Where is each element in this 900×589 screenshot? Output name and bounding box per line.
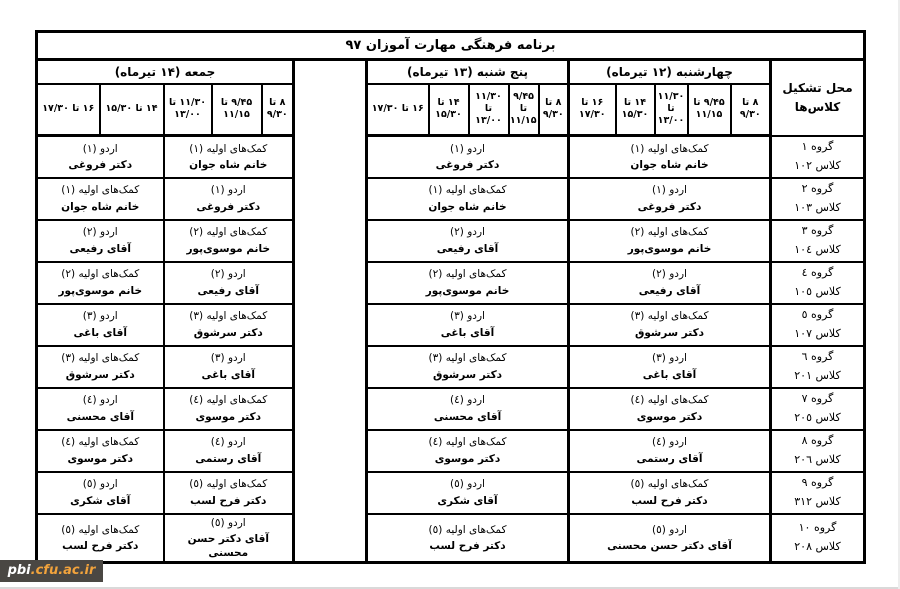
group-class-cell: گروه ۱ کلاس ۱۰۲ (771, 136, 865, 178)
instructor-name: دکتر فروغی (40, 158, 161, 172)
group-class-cell: گروه ٦ کلاس ۲۰۱ (771, 346, 865, 388)
instructor-name: دکتر فرح لسب (572, 494, 767, 508)
site-watermark: pbi.cfu.ac.ir (0, 560, 103, 582)
friday-afternoon-activity-cell: کمک‌های اولیه (۳) دکتر سرشوق (37, 346, 164, 388)
wednesday-activity-cell: کمک‌های اولیه (٥) دکتر فرح لسب (569, 472, 771, 514)
group-class-cell: گروه ۱۰ کلاس ۲۰۸ (771, 514, 865, 563)
instructor-name: آقای رفیعی (167, 284, 291, 298)
time-slot-header: ۱۶ تا ۱۷/۳۰ (569, 84, 616, 136)
activity-name: کمک‌های اولیه (٥) (167, 477, 291, 491)
group-label: گروه ٦ (774, 348, 861, 367)
day-header-wednesday: چهارشنبه (۱۲ تیرماه) (569, 60, 771, 84)
group-label: گروه ۹ (774, 474, 861, 493)
time-slot-header: ۱۴ تا ۱۵/۳۰ (100, 84, 164, 136)
friday-afternoon-activity-cell: کمک‌های اولیه (۱) خانم شاه جوان (37, 178, 164, 220)
instructor-name: خانم موسوی‌پور (572, 242, 767, 256)
activity-name: اردو (۳) (167, 351, 291, 365)
thursday-activity-cell: اردو (۲) آقای رفیعی (367, 220, 569, 262)
thursday-activity-cell: اردو (۳) آقای باغی (367, 304, 569, 346)
time-slot-header: ۱۴ تا ۱۵/۳۰ (616, 84, 655, 136)
wednesday-activity-cell: اردو (٥) آقای دکتر حسن محسنی (569, 514, 771, 563)
thursday-activity-cell: کمک‌های اولیه (٥) دکتر فرح لسب (367, 514, 569, 563)
group-label: گروه ٥ (774, 306, 861, 325)
group-label: گروه ۱ (774, 138, 861, 157)
activity-name: اردو (٥) (40, 477, 161, 491)
time-slot-header: ۱۶ تا ۱۷/۳۰ (367, 84, 429, 136)
schedule-row: گروه ٤ کلاس ۱۰٥ اردو (۲) آقای رفیعی کمک‌… (37, 262, 865, 304)
class-label: کلاس ۱۰٤ (774, 241, 861, 260)
activity-name: کمک‌های اولیه (۲) (370, 267, 565, 281)
activity-name: کمک‌های اولیه (۲) (167, 225, 291, 239)
schedule-row: گروه ٦ کلاس ۲۰۱ اردو (۳) آقای باغی کمک‌ه… (37, 346, 865, 388)
activity-name: کمک‌های اولیه (۱) (572, 142, 767, 156)
friday-morning-activity-cell: اردو (٤) آقای رستمی (164, 430, 294, 472)
class-label: کلاس ۲۰۱ (774, 367, 861, 386)
friday-morning-activity-cell: اردو (۲) آقای رفیعی (164, 262, 294, 304)
instructor-name: آقای باغی (40, 326, 161, 340)
instructor-name: دکتر فروغی (370, 158, 565, 172)
instructor-name: آقای رفیعی (370, 242, 565, 256)
activity-name: کمک‌های اولیه (۲) (572, 225, 767, 239)
activity-name: اردو (۱) (167, 183, 291, 197)
instructor-name: آقای محسنی (40, 410, 161, 424)
activity-name: کمک‌های اولیه (۳) (572, 309, 767, 323)
thursday-activity-cell: کمک‌های اولیه (۱) خانم شاه جوان (367, 178, 569, 220)
friday-morning-activity-cell: کمک‌های اولیه (۱) خانم شاه جوان (164, 136, 294, 178)
instructor-name: آقای محسنی (370, 410, 565, 424)
friday-morning-activity-cell: اردو (۳) آقای باغی (164, 346, 294, 388)
activity-name: اردو (٥) (167, 516, 291, 530)
activity-name: کمک‌های اولیه (۱) (167, 142, 291, 156)
time-slot-header: ۸ تا ۹/۳۰ (262, 84, 294, 136)
instructor-name: آقای باغی (370, 326, 565, 340)
watermark-suffix: .cfu.ac.ir (31, 563, 96, 578)
instructor-name: خانم شاه جوان (40, 200, 161, 214)
instructor-name: آقای رستمی (572, 452, 767, 466)
friday-afternoon-activity-cell: کمک‌های اولیه (٤) دکتر موسوی (37, 430, 164, 472)
wednesday-activity-cell: کمک‌های اولیه (٤) دکتر موسوی (569, 388, 771, 430)
activity-name: اردو (۲) (40, 225, 161, 239)
thursday-activity-cell: اردو (٤) آقای محسنی (367, 388, 569, 430)
friday-afternoon-activity-cell: اردو (۲) آقای رفیعی (37, 220, 164, 262)
time-slot-header: ۸ تا ۹/۳۰ (731, 84, 771, 136)
wednesday-activity-cell: کمک‌های اولیه (۳) دکتر سرشوق (569, 304, 771, 346)
friday-morning-activity-cell: کمک‌های اولیه (۲) خانم موسوی‌پور (164, 220, 294, 262)
group-class-cell: گروه ٥ کلاس ۱۰۷ (771, 304, 865, 346)
class-label: کلاس ۲۰۸ (774, 538, 861, 557)
activity-name: اردو (۲) (167, 267, 291, 281)
friday-morning-activity-cell: کمک‌های اولیه (۳) دکتر سرشوق (164, 304, 294, 346)
wednesday-activity-cell: اردو (۳) آقای باغی (569, 346, 771, 388)
activity-name: کمک‌های اولیه (۳) (40, 351, 161, 365)
friday-morning-activity-cell: اردو (٥) آقای دکتر حسن محسنی (164, 514, 294, 563)
activity-name: کمک‌های اولیه (۳) (370, 351, 565, 365)
thursday-activity-cell: کمک‌های اولیه (۲) خانم موسوی‌پور (367, 262, 569, 304)
group-class-cell: گروه ۸ کلاس ۲۰٦ (771, 430, 865, 472)
activity-name: اردو (٤) (572, 435, 767, 449)
class-label: کلاس ۱۰۳ (774, 199, 861, 218)
friday-afternoon-activity-cell: اردو (٥) آقای شکری (37, 472, 164, 514)
instructor-name: آقای باغی (572, 368, 767, 382)
activity-name: اردو (۳) (370, 309, 565, 323)
spacer-column (294, 60, 367, 563)
time-slot-header: ۱۱/۳۰ تا ۱۳/۰۰ (164, 84, 212, 136)
activity-name: اردو (۱) (370, 142, 565, 156)
instructor-name: آقای دکتر حسن محسنی (167, 532, 291, 560)
schedule-row: گروه ۷ کلاس ۲۰٥ کمک‌های اولیه (٤) دکتر م… (37, 388, 865, 430)
activity-name: کمک‌های اولیه (۱) (370, 183, 565, 197)
schedule-row: گروه ۳ کلاس ۱۰٤ کمک‌های اولیه (۲) خانم م… (37, 220, 865, 262)
instructor-name: خانم شاه جوان (572, 158, 767, 172)
time-slot-header: ۹/۴۵ تا ۱۱/۱۵ (688, 84, 731, 136)
instructor-name: دکتر فرح لسب (40, 539, 161, 553)
friday-afternoon-activity-cell: اردو (۳) آقای باغی (37, 304, 164, 346)
group-label: گروه ٤ (774, 264, 861, 283)
activity-name: اردو (۲) (370, 225, 565, 239)
schedule-row: گروه ۱۰ کلاس ۲۰۸ اردو (٥) آقای دکتر حسن … (37, 514, 865, 563)
activity-name: کمک‌های اولیه (۱) (40, 183, 161, 197)
activity-name: کمک‌های اولیه (٥) (40, 523, 161, 537)
time-header-row: ۸ تا ۹/۳۰ ۹/۴۵ تا ۱۱/۱۵ ۱۱/۳۰ تا ۱۳/۰۰ ۱… (37, 84, 865, 136)
instructor-name: دکتر سرشوق (167, 326, 291, 340)
class-label: کلاس ۱۰٥ (774, 283, 861, 302)
table-title-row: برنامه فرهنگی مهارت آموزان ۹۷ (37, 32, 865, 60)
time-slot-header: ۱۱/۳۰ تا ۱۳/۰۰ (655, 84, 688, 136)
instructor-name: دکتر موسوی (370, 452, 565, 466)
activity-name: کمک‌های اولیه (٤) (572, 393, 767, 407)
friday-afternoon-activity-cell: کمک‌های اولیه (٥) دکتر فرح لسب (37, 514, 164, 563)
activity-name: اردو (٤) (40, 393, 161, 407)
group-label: گروه ۲ (774, 180, 861, 199)
time-slot-header: ۱۴ تا ۱۵/۳۰ (429, 84, 469, 136)
activity-name: اردو (۳) (572, 351, 767, 365)
class-label: کلاس ۱۰۲ (774, 157, 861, 176)
activity-name: کمک‌های اولیه (٥) (370, 523, 565, 537)
location-column-header: محل تشکیل کلاس‌ها (771, 60, 865, 136)
class-label: کلاس ۱۰۷ (774, 325, 861, 344)
schedule-row: گروه ۸ کلاس ۲۰٦ اردو (٤) آقای رستمی کمک‌… (37, 430, 865, 472)
wednesday-activity-cell: کمک‌های اولیه (۲) خانم موسوی‌پور (569, 220, 771, 262)
instructor-name: خانم موسوی‌پور (40, 284, 161, 298)
schedule-row: گروه ۲ کلاس ۱۰۳ اردو (۱) دکتر فروغی کمک‌… (37, 178, 865, 220)
friday-morning-activity-cell: کمک‌های اولیه (٤) دکتر موسوی (164, 388, 294, 430)
activity-name: کمک‌های اولیه (٥) (572, 477, 767, 491)
thursday-activity-cell: اردو (٥) آقای شکری (367, 472, 569, 514)
group-class-cell: گروه ٤ کلاس ۱۰٥ (771, 262, 865, 304)
group-label: گروه ۱۰ (774, 519, 861, 538)
instructor-name: دکتر موسوی (572, 410, 767, 424)
friday-morning-activity-cell: کمک‌های اولیه (٥) دکتر فرح لسب (164, 472, 294, 514)
activity-name: اردو (۲) (572, 267, 767, 281)
group-class-cell: گروه ۲ کلاس ۱۰۳ (771, 178, 865, 220)
activity-name: اردو (۱) (40, 142, 161, 156)
instructor-name: دکتر فروغی (167, 200, 291, 214)
page-title: برنامه فرهنگی مهارت آموزان ۹۷ (37, 32, 865, 60)
instructor-name: دکتر سرشوق (40, 368, 161, 382)
group-label: گروه ۸ (774, 432, 861, 451)
instructor-name: آقای باغی (167, 368, 291, 382)
instructor-name: خانم موسوی‌پور (167, 242, 291, 256)
day-header-thursday: پنج شنبه (۱۳ تیرماه) (367, 60, 569, 84)
instructor-name: دکتر موسوی (40, 452, 161, 466)
instructor-name: آقای رفیعی (40, 242, 161, 256)
activity-name: کمک‌های اولیه (۳) (167, 309, 291, 323)
instructor-name: دکتر سرشوق (370, 368, 565, 382)
wednesday-activity-cell: اردو (۲) آقای رفیعی (569, 262, 771, 304)
schedule-table: برنامه فرهنگی مهارت آموزان ۹۷ محل تشکیل … (35, 30, 866, 564)
class-label: کلاس ۲۰٦ (774, 451, 861, 470)
schedule-row: گروه ٥ کلاس ۱۰۷ کمک‌های اولیه (۳) دکتر س… (37, 304, 865, 346)
instructor-name: خانم موسوی‌پور (370, 284, 565, 298)
class-label: کلاس ۲۰٥ (774, 409, 861, 428)
scanned-schedule-page: برنامه فرهنگی مهارت آموزان ۹۷ محل تشکیل … (0, 0, 900, 589)
group-class-cell: گروه ۹ کلاس ۳۱۲ (771, 472, 865, 514)
activity-name: کمک‌های اولیه (٤) (167, 393, 291, 407)
activity-name: اردو (٤) (370, 393, 565, 407)
activity-name: اردو (۳) (40, 309, 161, 323)
activity-name: اردو (٤) (167, 435, 291, 449)
group-label: گروه ۳ (774, 222, 861, 241)
friday-morning-activity-cell: اردو (۱) دکتر فروغی (164, 178, 294, 220)
activity-name: اردو (٥) (370, 477, 565, 491)
wednesday-activity-cell: اردو (٤) آقای رستمی (569, 430, 771, 472)
watermark-prefix: pbi (8, 563, 31, 578)
instructor-name: آقای شکری (370, 494, 565, 508)
instructor-name: آقای دکتر حسن محسنی (572, 539, 767, 553)
wednesday-activity-cell: کمک‌های اولیه (۱) خانم شاه جوان (569, 136, 771, 178)
time-slot-header: ۱۱/۳۰ تا ۱۳/۰۰ (469, 84, 509, 136)
activity-name: کمک‌های اولیه (٤) (40, 435, 161, 449)
instructor-name: آقای شکری (40, 494, 161, 508)
activity-name: اردو (٥) (572, 523, 767, 537)
wednesday-activity-cell: اردو (۱) دکتر فروغی (569, 178, 771, 220)
day-header-row: محل تشکیل کلاس‌ها چهارشنبه (۱۲ تیرماه) پ… (37, 60, 865, 84)
friday-afternoon-activity-cell: کمک‌های اولیه (۲) خانم موسوی‌پور (37, 262, 164, 304)
instructor-name: دکتر فروغی (572, 200, 767, 214)
instructor-name: دکتر فرح لسب (167, 494, 291, 508)
schedule-row: گروه ۱ کلاس ۱۰۲ کمک‌های اولیه (۱) خانم ش… (37, 136, 865, 178)
day-header-friday: جمعه (۱۴ تیرماه) (37, 60, 294, 84)
instructor-name: خانم شاه جوان (370, 200, 565, 214)
group-label: گروه ۷ (774, 390, 861, 409)
schedule-row: گروه ۹ کلاس ۳۱۲ کمک‌های اولیه (٥) دکتر ف… (37, 472, 865, 514)
friday-afternoon-activity-cell: اردو (۱) دکتر فروغی (37, 136, 164, 178)
time-slot-header: ۹/۴۵ تا ۱۱/۱۵ (509, 84, 539, 136)
instructor-name: دکتر سرشوق (572, 326, 767, 340)
instructor-name: آقای رستمی (167, 452, 291, 466)
time-slot-header: ۹/۴۵ تا ۱۱/۱۵ (212, 84, 262, 136)
instructor-name: خانم شاه جوان (167, 158, 291, 172)
instructor-name: دکتر موسوی (167, 410, 291, 424)
group-class-cell: گروه ۷ کلاس ۲۰٥ (771, 388, 865, 430)
group-class-cell: گروه ۳ کلاس ۱۰٤ (771, 220, 865, 262)
class-label: کلاس ۳۱۲ (774, 493, 861, 512)
activity-name: کمک‌های اولیه (۲) (40, 267, 161, 281)
instructor-name: آقای رفیعی (572, 284, 767, 298)
friday-afternoon-activity-cell: اردو (٤) آقای محسنی (37, 388, 164, 430)
thursday-activity-cell: کمک‌های اولیه (۳) دکتر سرشوق (367, 346, 569, 388)
activity-name: اردو (۱) (572, 183, 767, 197)
time-slot-header: ۸ تا ۹/۳۰ (539, 84, 569, 136)
thursday-activity-cell: کمک‌های اولیه (٤) دکتر موسوی (367, 430, 569, 472)
instructor-name: دکتر فرح لسب (370, 539, 565, 553)
time-slot-header: ۱۶ تا ۱۷/۳۰ (37, 84, 100, 136)
thursday-activity-cell: اردو (۱) دکتر فروغی (367, 136, 569, 178)
activity-name: کمک‌های اولیه (٤) (370, 435, 565, 449)
